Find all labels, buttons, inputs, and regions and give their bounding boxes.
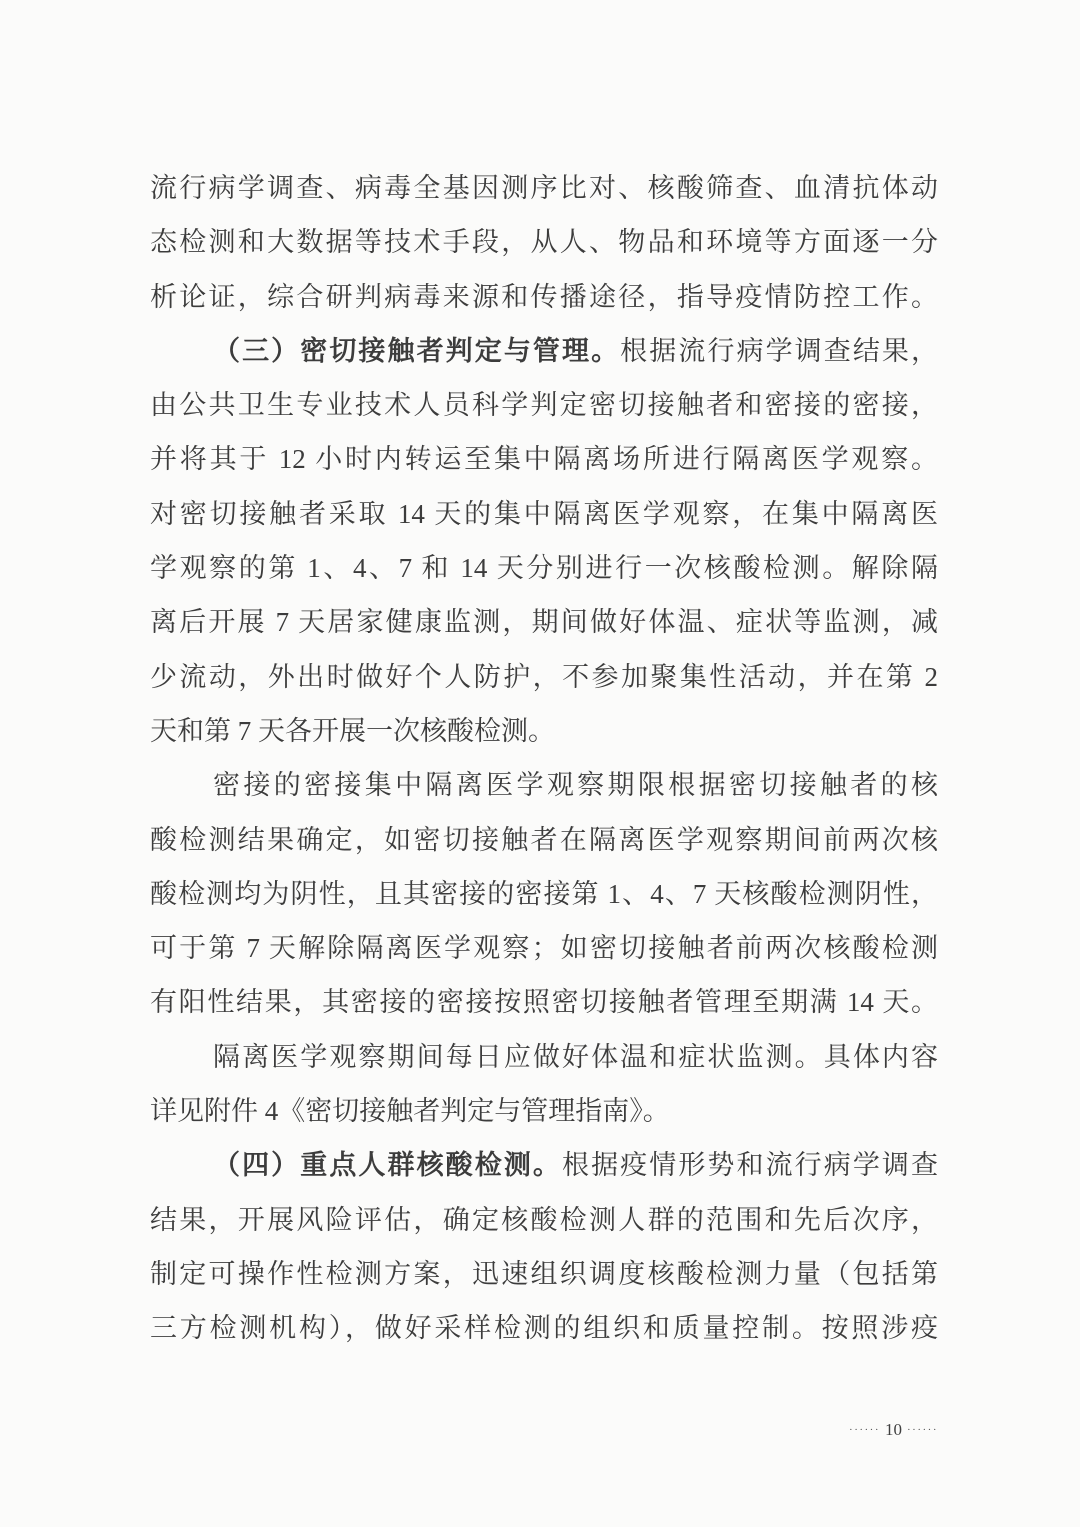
- section-heading-line: （三）密切接触者判定与管理。根据流行病学调查结果，: [150, 324, 938, 378]
- text-line: 隔离医学观察期间每日应做好体温和症状监测。具体内容: [150, 1030, 938, 1084]
- text-line: 学观察的第 1、4、7 和 14 天分别进行一次核酸检测。解除隔: [150, 541, 938, 595]
- section-heading: （三）密切接触者判定与管理。: [213, 336, 620, 366]
- footer-left-dots: ······: [849, 1425, 880, 1436]
- text-line: 详见附件 4《密切接触者判定与管理指南》。: [150, 1084, 938, 1138]
- text-line: 密接的密接集中隔离医学观察期限根据密切接触者的核: [150, 758, 938, 812]
- text-line: 可于第 7 天解除隔离医学观察；如密切接触者前两次核酸检测: [150, 921, 938, 975]
- text-line: 有阳性结果，其密接的密接按照密切接触者管理至期满 14 天。: [150, 975, 938, 1029]
- text-segment: 根据流行病学调查结果，: [620, 336, 938, 366]
- footer-right-dots: ······: [907, 1425, 938, 1436]
- text-line: 流行病学调查、病毒全基因测序比对、核酸筛查、血清抗体动: [150, 161, 938, 215]
- section-heading-line: （四）重点人群核酸检测。根据疫情形势和流行病学调查: [150, 1138, 938, 1192]
- text-line: 离后开展 7 天居家健康监测，期间做好体温、症状等监测，减: [150, 595, 938, 649]
- page-footer: ······ 10 ······: [849, 1421, 938, 1438]
- text-line: 酸检测结果确定，如密切接触者在隔离医学观察期间前两次核: [150, 813, 938, 867]
- text-line: 由公共卫生专业技术人员科学判定密切接触者和密接的密接，: [150, 378, 938, 432]
- text-line: 三方检测机构），做好采样检测的组织和质量控制。按照涉疫: [150, 1301, 938, 1355]
- text-line: 结果，开展风险评估，确定核酸检测人群的范围和先后次序，: [150, 1193, 938, 1247]
- text-line: 析论证，综合研判病毒来源和传播途径，指导疫情防控工作。: [150, 270, 938, 324]
- text-line: 少流动，外出时做好个人防护，不参加聚集性活动，并在第 2: [150, 650, 938, 704]
- text-segment: 根据疫情形势和流行病学调查: [562, 1150, 938, 1180]
- text-line: 制定可操作性检测方案，迅速组织调度核酸检测力量（包括第: [150, 1247, 938, 1301]
- text-line: 酸检测均为阴性，且其密接的密接第 1、4、7 天核酸检测阴性，: [150, 867, 938, 921]
- text-line: 并将其于 12 小时内转运至集中隔离场所进行隔离医学观察。: [150, 432, 938, 486]
- section-heading: （四）重点人群核酸检测。: [213, 1150, 562, 1180]
- text-line: 对密切接触者采取 14 天的集中隔离医学观察，在集中隔离医: [150, 487, 938, 541]
- page-number: 10: [885, 1421, 902, 1438]
- text-line: 天和第 7 天各开展一次核酸检测。: [150, 704, 938, 758]
- document-body: 流行病学调查、病毒全基因测序比对、核酸筛查、血清抗体动 态检测和大数据等技术手段…: [150, 161, 938, 1356]
- text-line: 态检测和大数据等技术手段，从人、物品和环境等方面逐一分: [150, 215, 938, 269]
- document-page: 流行病学调查、病毒全基因测序比对、核酸筛查、血清抗体动 态检测和大数据等技术手段…: [0, 0, 1080, 1527]
